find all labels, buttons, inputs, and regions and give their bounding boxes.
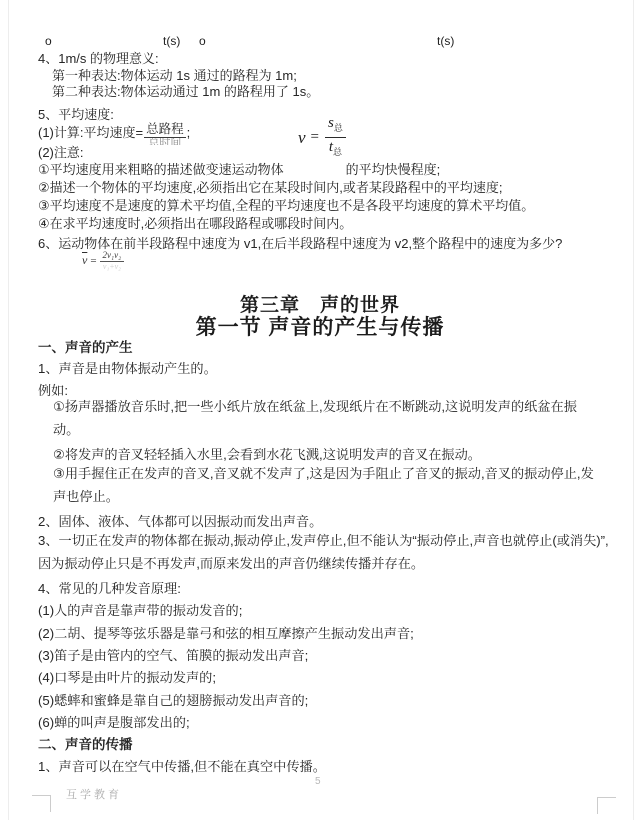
principle-6: (6)蝉的叫声是腹部发出的; — [38, 715, 190, 730]
item6-question: 6、运动物体在前半段路程中速度为 v1,在后半段路程中速度为 v2,整个路程中的… — [38, 236, 562, 251]
s-over-t-fraction: s总 t总 — [325, 114, 346, 161]
formula-t-subscript: 总 — [333, 147, 342, 157]
item4-expression-2: 第二种表达:物体运动通过 1m 的路程用了 1s。 — [52, 84, 319, 99]
item4-title: 4、1m/s 的物理意义: — [38, 51, 159, 66]
sound-propagation-heading: 二、声音的传播 — [38, 737, 133, 752]
calc-suffix: ; — [187, 125, 191, 140]
example-3: ③用手握住正在发声的音叉,音叉就不发声了,这是因为手阻止了音叉的振动,音叉的振动… — [53, 463, 602, 508]
calc-prefix: (1)计算:平均速度= — [38, 125, 143, 140]
item5-calculation-line: (1)计算:平均速度=总路程总时间; — [38, 122, 190, 145]
sound-production-heading: 一、声音的产生 — [38, 340, 133, 355]
production-point-4-title: 4、常见的几种发音原理: — [38, 581, 181, 596]
graph2-origin-label: o — [199, 34, 206, 49]
fraction-denominator: v₁+v₂ — [100, 262, 125, 271]
mean-velocity-formula: v = 2v₁v₂ v₁+v₂ — [82, 250, 124, 271]
formula-s-subscript: 总 — [334, 123, 343, 133]
formula-vbar: v — [82, 253, 87, 268]
formula-equals: = — [90, 255, 96, 267]
crop-mark-bottom-left — [32, 795, 51, 812]
item5-note-3: ③平均速度不是速度的算术平均值,全程的平均速度也不是各段平均速度的算术平均值。 — [38, 198, 534, 213]
fraction-numerator: 2v₁v₂ — [100, 250, 125, 262]
example-1: ①扬声器播放音乐时,把一些小纸片放在纸盆上,发现纸片在不断跳动,这说明发声的纸盆… — [53, 396, 602, 441]
section-title: 第一节 声音的产生与传播 — [0, 311, 640, 341]
production-point-3: 3、一切正在发声的物体都在振动,振动停止,发声停止,但不能认为“振动停止,声音也… — [38, 530, 610, 575]
principle-5: (5)蟋蟀和蜜蜂是靠自己的翅膀振动发出声音的; — [38, 693, 308, 708]
formula-v: v — [298, 128, 306, 148]
note1-before-blank: ①平均速度用来粗略的描述做变速运动物体 — [38, 162, 284, 177]
fraction-denominator: 总时间 — [144, 138, 186, 145]
principle-3: (3)笛子是由管内的空气、笛膜的振动发出声音; — [38, 648, 308, 663]
document-page: o t(s) o t(s) 4、1m/s 的物理意义: 第一种表达:物体运动 1… — [0, 0, 640, 820]
item4-expression-1: 第一种表达:物体运动 1s 通过的路程为 1m; — [52, 68, 297, 83]
production-point-1: 1、声音是由物体振动产生的。 — [38, 361, 217, 376]
formula-equals: = — [311, 129, 319, 146]
example-2: ②将发声的音叉轻轻插入水里,会看到水花飞溅,这说明发声的音叉在振动。 — [53, 447, 481, 462]
item5-note-2: ②描述一个物体的平均速度,必须指出它在某段时间内,或者某段路程中的平均速度; — [38, 180, 503, 195]
page-edge-right — [633, 0, 634, 820]
graph2-time-axis-label: t(s) — [437, 34, 454, 49]
crop-mark-bottom-right — [597, 797, 616, 814]
graph1-origin-label: o — [45, 34, 52, 49]
principle-1: (1)人的声音是靠声带的振动发音的; — [38, 603, 242, 618]
route-time-fraction: 总路程总时间 — [144, 122, 186, 145]
graph1-time-axis-label: t(s) — [163, 34, 180, 49]
page-number: 5 — [315, 776, 321, 787]
fraction-numerator: 总路程 — [144, 122, 186, 138]
item5-note-title: (2)注意: — [38, 145, 84, 160]
principle-4: (4)口琴是由叶片的振动发声的; — [38, 670, 216, 685]
item5-note-4: ④在求平均速度时,必须指出在哪段路程或哪段时间内。 — [38, 216, 352, 231]
average-velocity-formula: v = s总 t总 — [298, 114, 346, 161]
production-point-2: 2、固体、液体、气体都可以因振动而发出声音。 — [38, 514, 322, 529]
item5-note-1: ①平均速度用来粗略的描述做变速运动物体的平均快慢程度; — [38, 162, 440, 177]
principle-2: (2)二胡、提琴等弦乐器是靠弓和弦的相互摩擦产生振动发出声音; — [38, 626, 414, 641]
note1-after-blank: 的平均快慢程度; — [346, 162, 441, 177]
publisher-watermark: 互学教育 — [66, 786, 122, 802]
page-edge-left — [8, 0, 9, 820]
item5-title: 5、平均速度: — [38, 107, 114, 122]
propagation-point-1: 1、声音可以在空气中传播,但不能在真空中传播。 — [38, 759, 326, 774]
harmonic-mean-fraction: 2v₁v₂ v₁+v₂ — [100, 250, 125, 271]
